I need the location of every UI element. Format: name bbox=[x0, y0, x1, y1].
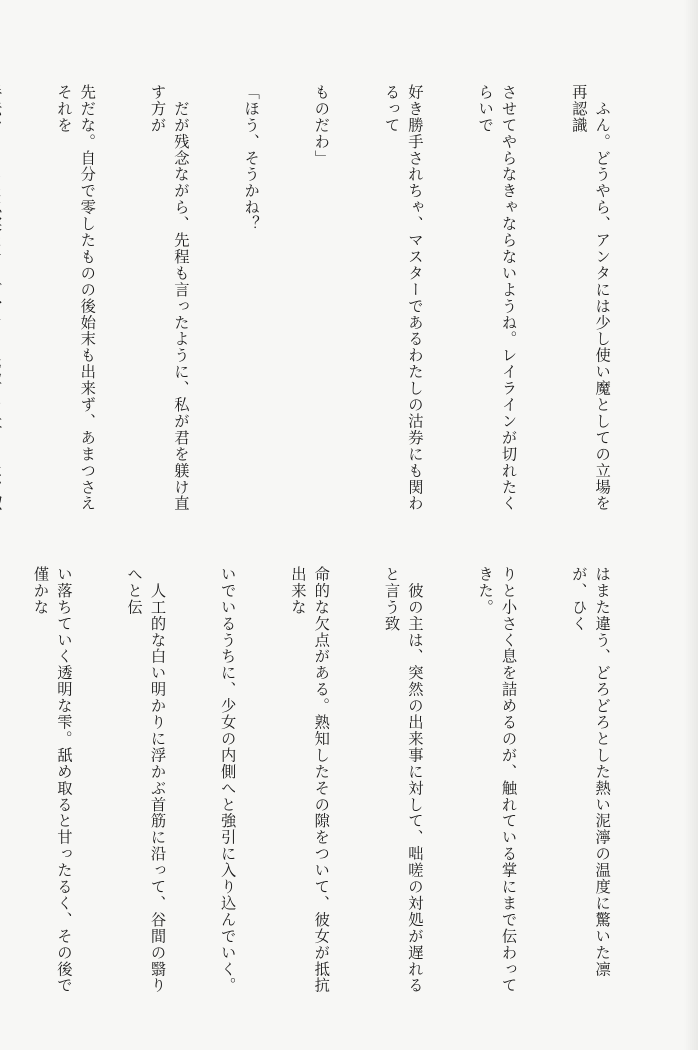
text-line: 人工的な白い明かりに浮かぶ首筋に沿って、谷間の翳りへと伝 bbox=[122, 566, 169, 996]
text-line: はまた違う、どろどろとした熱い泥濘の温度に驚いた凛が、ひく bbox=[566, 566, 613, 996]
text-line: 命的な欠点がある。熟知したその隙をついて、彼女が抵抗出来な bbox=[286, 566, 333, 996]
text-line: 先だな。自分で零したものの後始末も出来ず、あまつさえそれを bbox=[51, 84, 98, 514]
text-line: ものだわ」 bbox=[309, 84, 332, 514]
text-line: 「ほう、そうかね？ bbox=[239, 84, 262, 514]
page-edge-shadow bbox=[684, 0, 698, 1050]
text-block-lower: はまた違う、どろどろとした熱い泥濘の温度に驚いた凛が、ひく りと小さく息を詰める… bbox=[0, 566, 660, 996]
text-line: いでいるうちに、少女の内側へと強引に入り込んでいく。 bbox=[215, 566, 238, 996]
text-line: 手伝おうとした忠実なサーヴァントに罵言を吐くとは、淑女とし bbox=[0, 84, 5, 514]
text-line: ふん。どうやら、アンタには少し使い魔としての立場を再認識 bbox=[566, 84, 613, 514]
text-line: りと小さく息を詰めるのが、触れている掌にまで伝わってきた。 bbox=[473, 566, 520, 996]
text-line: させてやらなきゃならないようね。レイラインが切れたくらいで bbox=[473, 84, 520, 514]
text-line: だが残念ながら、先程も言ったように、私が君を躾け直す方が bbox=[145, 84, 192, 514]
text-block-upper: ふん。どうやら、アンタには少し使い魔としての立場を再認識 させてやらなきゃならな… bbox=[0, 84, 660, 514]
text-line: 好き勝手されちゃ、マスターであるわたしの沽券にも関わるって bbox=[379, 84, 426, 514]
text-line: い落ちていく透明な雫。舐め取ると甘ったるく、その後で僅かな bbox=[28, 566, 75, 996]
text-line: 彼の主は、突然の出来事に対して、咄嗟の対処が遅れると言う致 bbox=[379, 566, 426, 996]
